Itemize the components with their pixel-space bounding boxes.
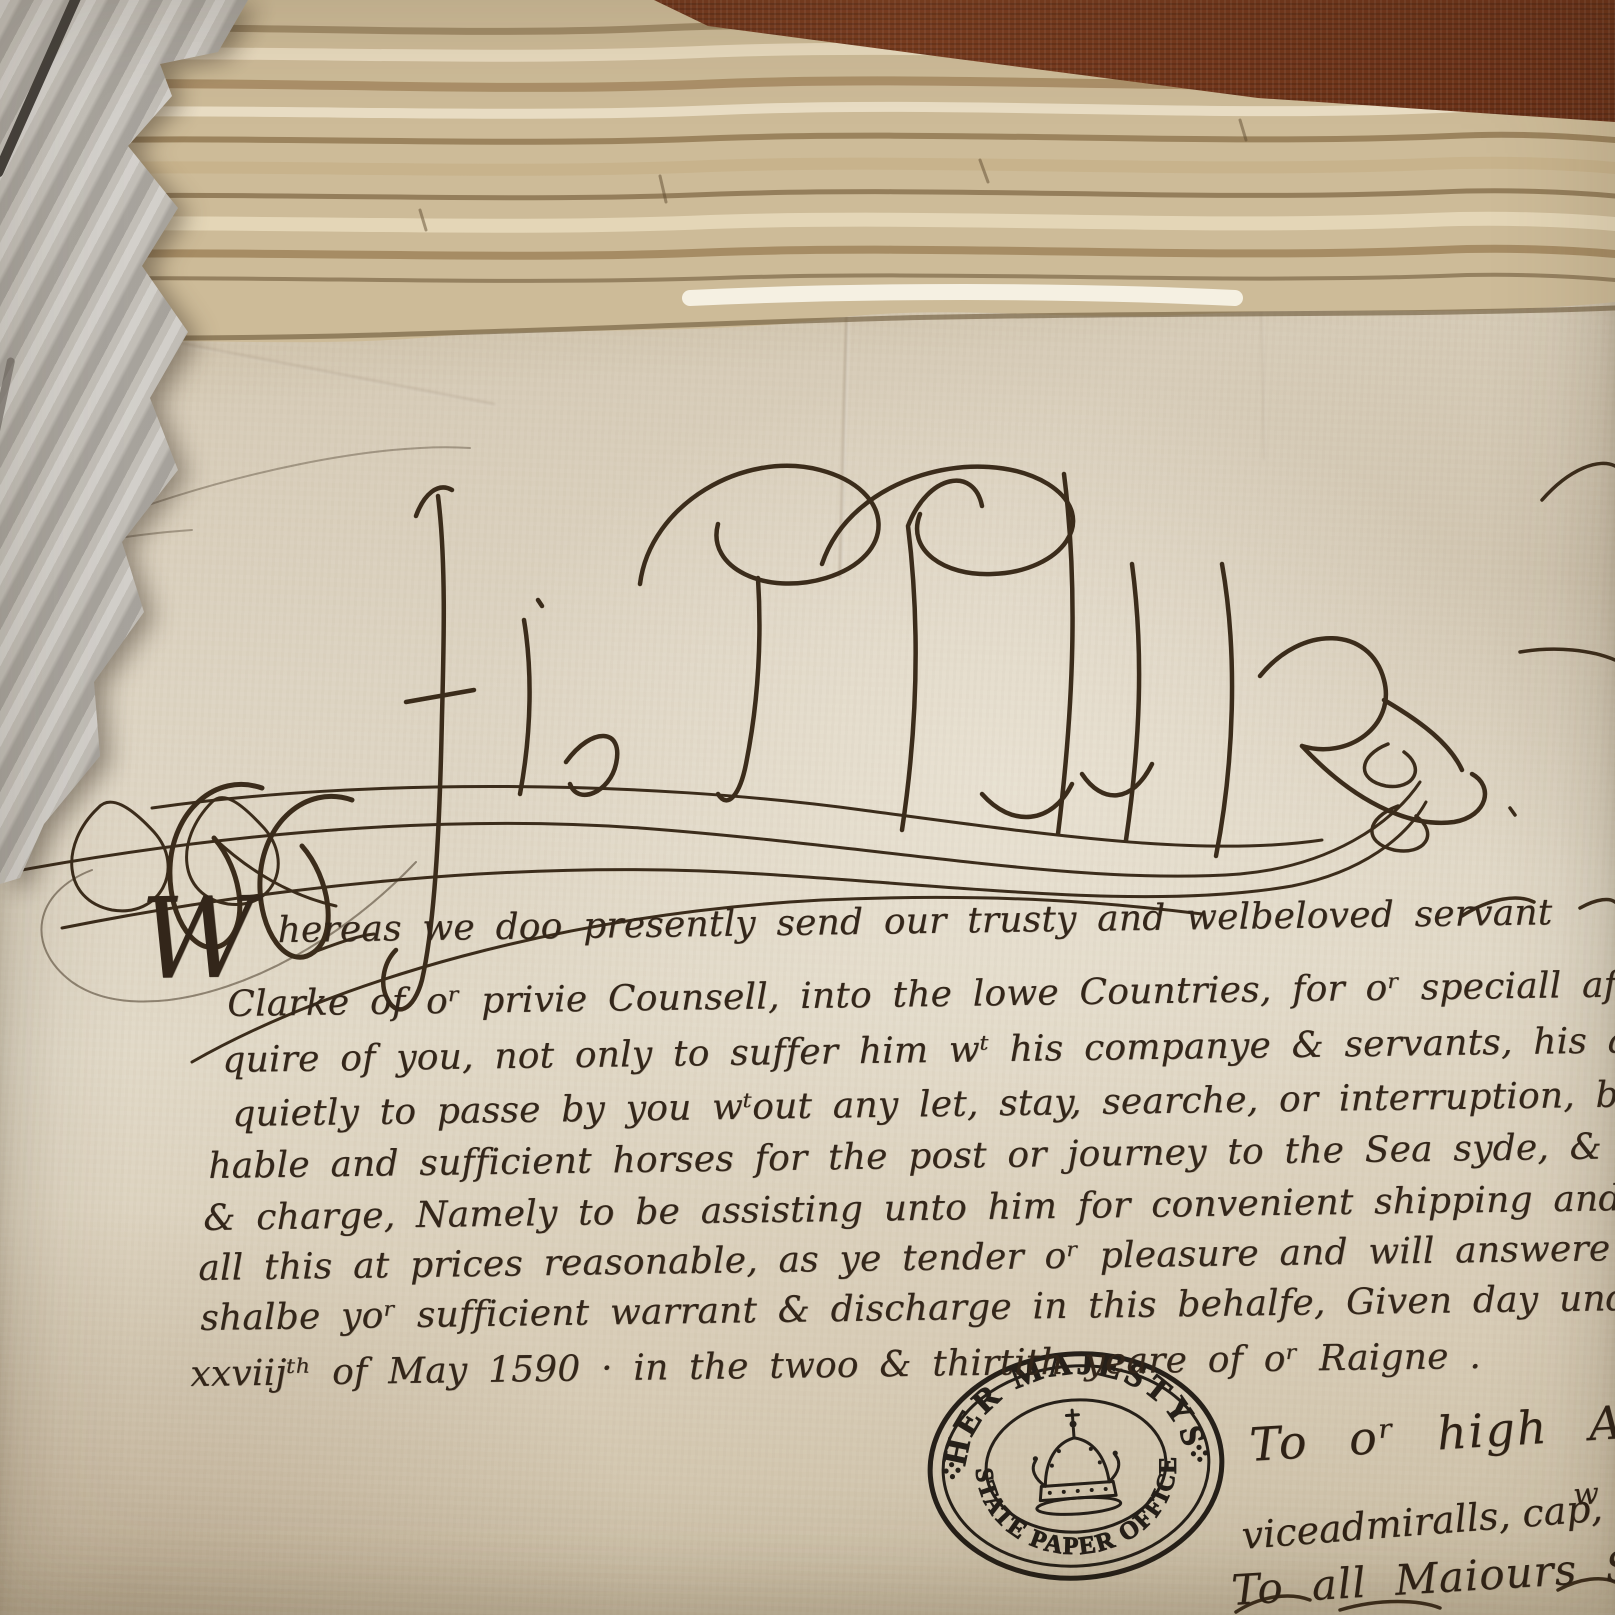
photo-of-manuscript: Elizabeth R (0, 0, 1615, 1615)
